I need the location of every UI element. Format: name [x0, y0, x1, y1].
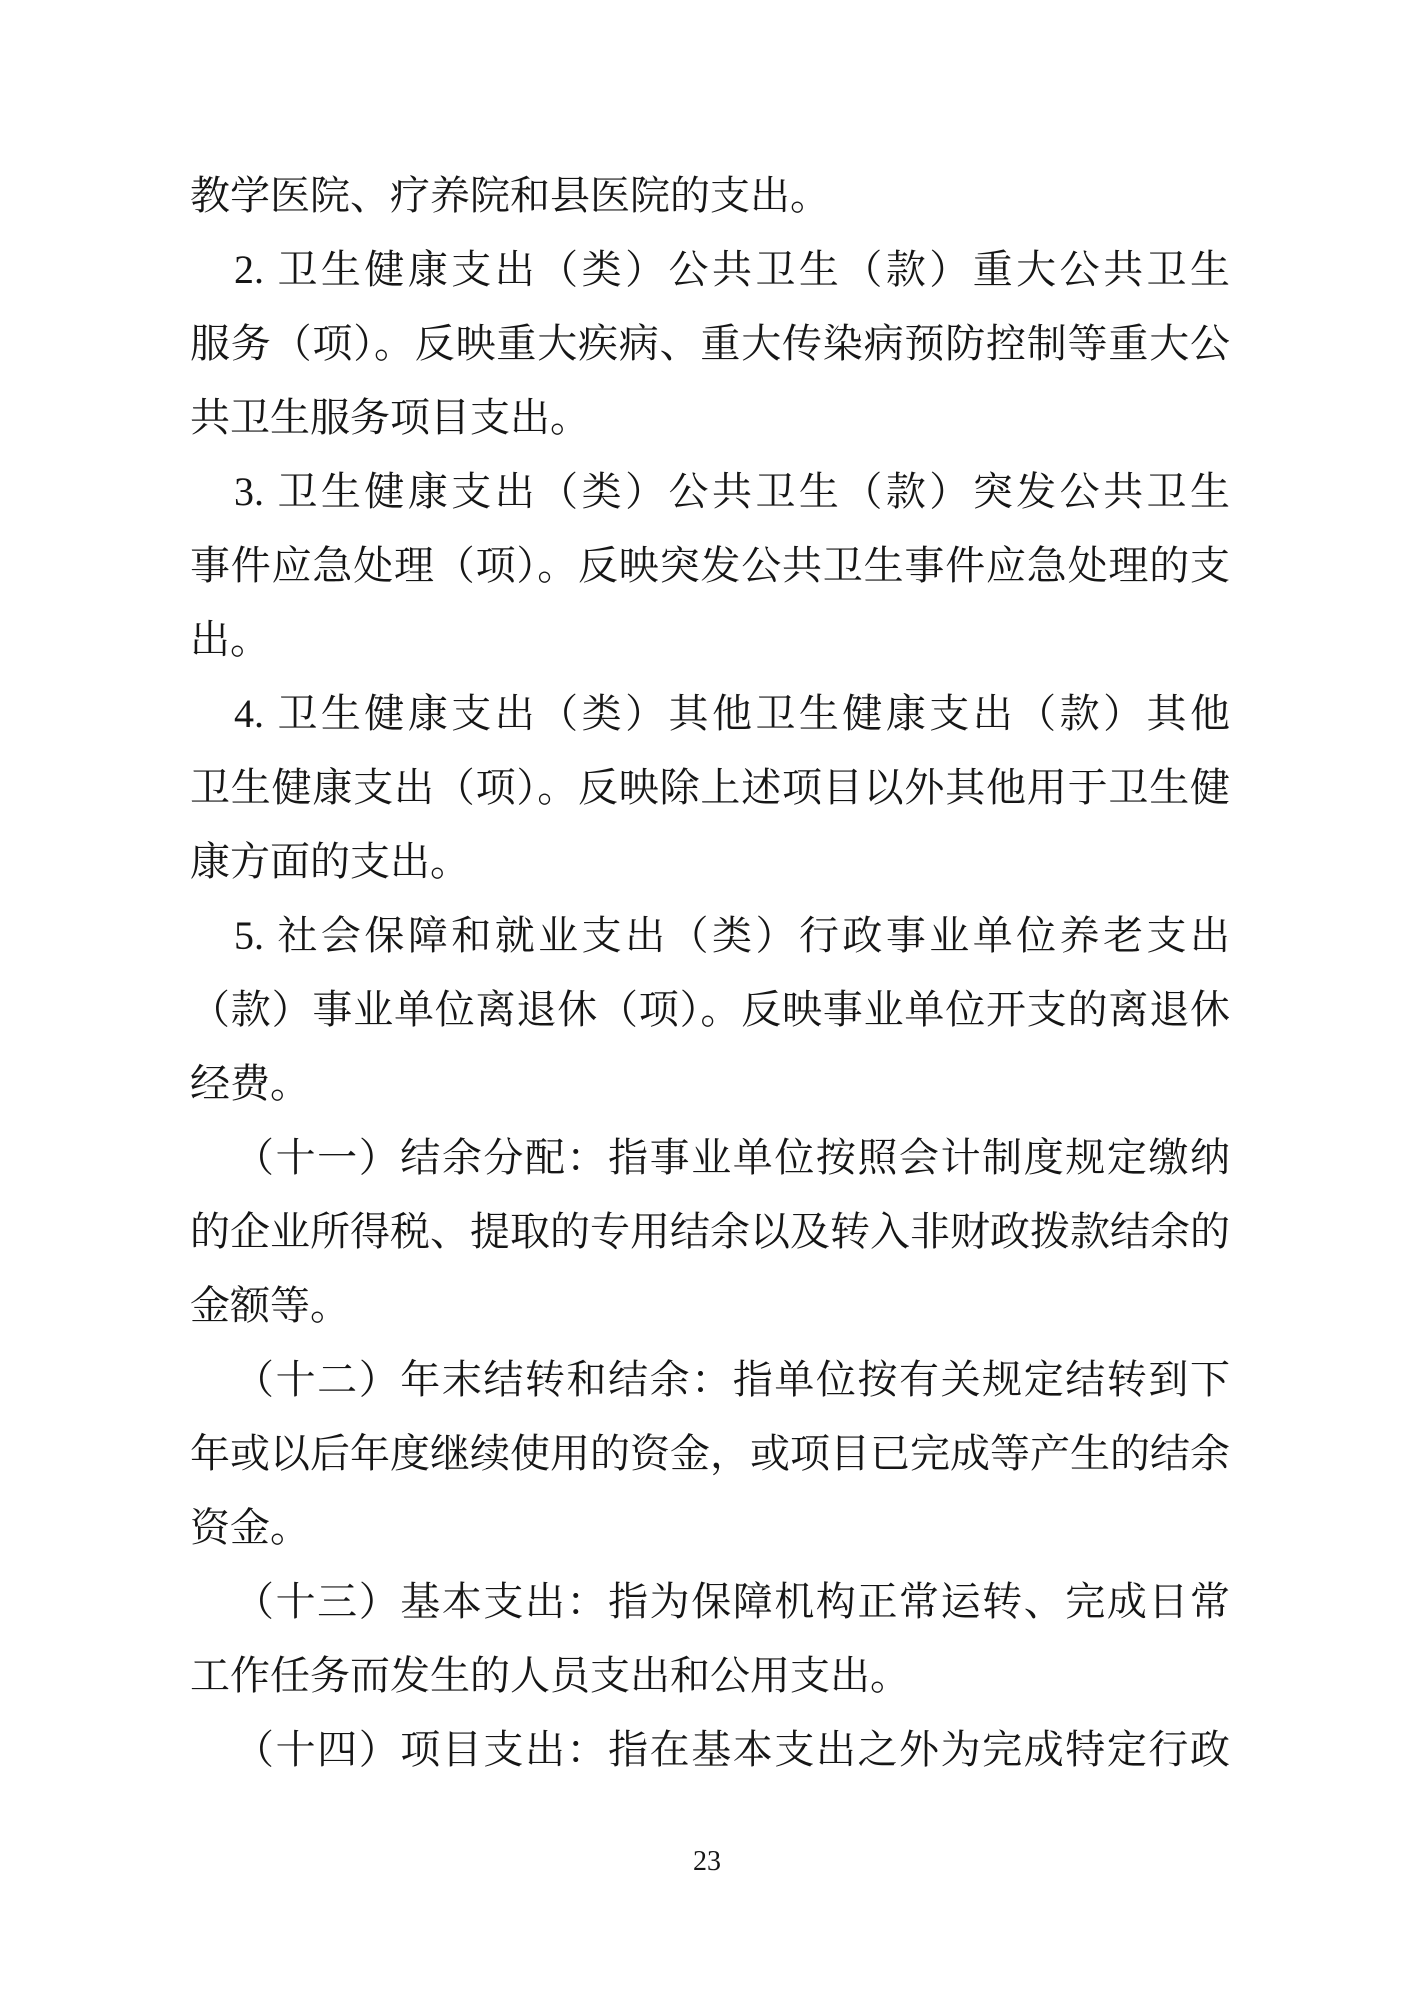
text-line: 资金。 [190, 1491, 1230, 1565]
text-line: 5. 社会保障和就业支出（类）行政事业单位养老支出 [190, 899, 1230, 973]
text-line: 教学医院、疗养院和县医院的支出。 [190, 159, 1230, 233]
text-line: （款）事业单位离退休（项）。反映事业单位开支的离退休 [190, 973, 1230, 1047]
text-line: （十三）基本支出：指为保障机构正常运转、完成日常 [190, 1565, 1230, 1639]
text-line: 卫生健康支出（项）。反映除上述项目以外其他用于卫生健 [190, 751, 1230, 825]
text-line: 4. 卫生健康支出（类）其他卫生健康支出（款）其他 [190, 677, 1230, 751]
document-page: 教学医院、疗养院和县医院的支出。 2. 卫生健康支出（类）公共卫生（款）重大公共… [0, 0, 1414, 2000]
text-line: 共卫生服务项目支出。 [190, 381, 1230, 455]
text-line: 金额等。 [190, 1269, 1230, 1343]
text-line: 服务（项）。反映重大疾病、重大传染病预防控制等重大公 [190, 307, 1230, 381]
text-line: 3. 卫生健康支出（类）公共卫生（款）突发公共卫生 [190, 455, 1230, 529]
text-line: 2. 卫生健康支出（类）公共卫生（款）重大公共卫生 [190, 233, 1230, 307]
page-number: 23 [0, 1842, 1414, 1882]
text-line: 年或以后年度继续使用的资金，或项目已完成等产生的结余 [190, 1417, 1230, 1491]
text-line: 工作任务而发生的人员支出和公用支出。 [190, 1639, 1230, 1713]
text-line: 事件应急处理（项）。反映突发公共卫生事件应急处理的支 [190, 529, 1230, 603]
text-line: （十四）项目支出：指在基本支出之外为完成特定行政 [190, 1713, 1230, 1787]
text-line: （十一）结余分配：指事业单位按照会计制度规定缴纳 [190, 1121, 1230, 1195]
text-line: 经费。 [190, 1047, 1230, 1121]
text-line: （十二）年末结转和结余：指单位按有关规定结转到下 [190, 1343, 1230, 1417]
text-line: 康方面的支出。 [190, 825, 1230, 899]
text-line: 的企业所得税、提取的专用结余以及转入非财政拨款结余的 [190, 1195, 1230, 1269]
text-line: 出。 [190, 603, 1230, 677]
document-body: 教学医院、疗养院和县医院的支出。 2. 卫生健康支出（类）公共卫生（款）重大公共… [190, 159, 1230, 1787]
